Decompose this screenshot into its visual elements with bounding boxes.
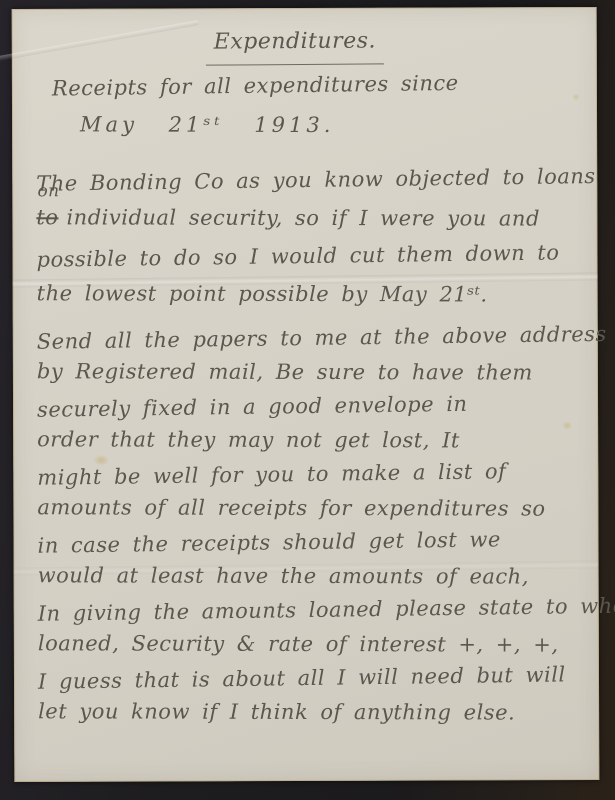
paragraph-bonding: The Bonding Co as you know objected to l… [36,160,580,314]
handwritten-line: securely fixed in a good envelope in [37,385,580,427]
handwritten-line: amounts of all receipts for expenditures… [37,490,580,525]
letter-content: Expenditures. Receipts for all expenditu… [12,7,600,782]
struck-word: to [36,205,58,229]
handwritten-line: I guess that is about all I will need bu… [38,657,581,699]
heading-date-line: May 21ˢᵗ 1913. [36,104,579,145]
paragraph-instructions: Send all the papers to me at the above a… [37,320,581,730]
handwritten-line: by Registered mail, Be sure to have them [37,354,580,389]
letter-page: Expenditures. Receipts for all expenditu… [12,7,600,782]
handwritten-line: loaned, Security & rate of interest +, +… [38,626,581,661]
handwritten-line: would at least have the amounts of each, [38,558,581,593]
handwritten-line: might be well for you to make a list of [37,453,580,495]
heading-line: Receipts for all expenditures since [36,61,580,109]
handwritten-line: ontoindividual security, so if I were yo… [36,198,579,237]
letter-heading: Receipts for all expenditures since May … [36,64,579,146]
handwritten-line-text: individual security, so if I were you an… [66,205,540,230]
inline-correction: onto [36,198,58,236]
scan-background: { "letter": { "title": "Expenditures.", … [0,0,615,800]
handwritten-line: in case the receipts should get lost we [37,521,580,563]
handwritten-line: the lowest point possible by May 21ˢᵗ. [37,274,580,313]
handwritten-line: Send all the papers to me at the above a… [37,317,580,359]
handwritten-line: In giving the amounts loaned please stat… [38,589,581,631]
inserted-word: on [37,183,59,199]
handwritten-line: The Bonding Co as you know objected to l… [36,157,579,203]
handwritten-line: let you know if I think of anything else… [38,694,581,729]
handwritten-line: possible to do so I would cut them down … [36,233,579,279]
letter-title-text: Expenditures. [206,21,384,65]
handwritten-line: order that they may not get lost, It [37,422,580,457]
